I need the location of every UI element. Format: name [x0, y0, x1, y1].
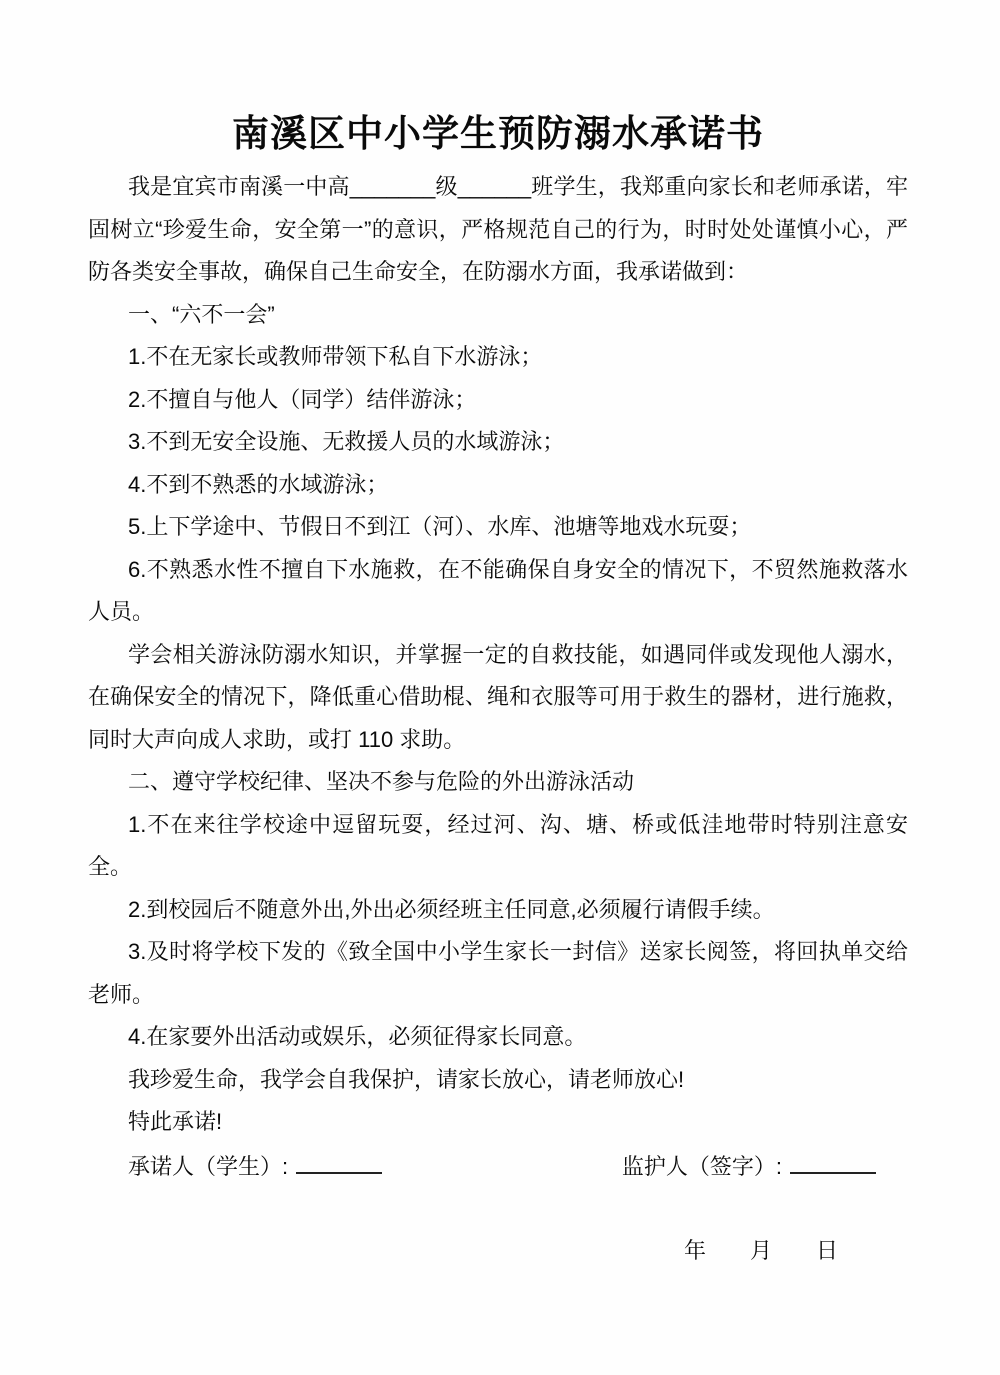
six-nos-item-6: 6.不熟悉水性不擅自下水施救，在不能确保自身安全的情况下，不贸然施救落水人员。	[88, 549, 908, 634]
discipline-item-4: 4.在家要外出活动或娱乐，必须征得家长同意。	[88, 1016, 908, 1059]
six-nos-item-3: 3.不到无安全设施、无救援人员的水域游泳；	[88, 421, 908, 464]
date-line: 年 月 日	[88, 1230, 908, 1273]
pledge-paragraph: 我珍爱生命，我学会自我保护，请家长放心，请老师放心!	[88, 1059, 908, 1102]
section-two-heading: 二、遵守学校纪律、坚决不参与危险的外出游泳活动	[88, 761, 908, 804]
discipline-item-3: 3.及时将学校下发的《致全国中小学生家长一封信》送家长阅签，将回执单交给老师。	[88, 931, 908, 1016]
document-title: 南溪区中小学生预防溺水承诺书	[88, 104, 908, 164]
guardian-signature-label: 监护人（签字）:	[622, 1154, 782, 1179]
student-signature-group: 承诺人（学生）:	[128, 1146, 382, 1189]
guardian-signature-blank	[790, 1148, 876, 1173]
signature-row: 承诺人（学生）: 监护人（签字）:	[88, 1146, 908, 1189]
document-page: 南溪区中小学生预防溺水承诺书 我是宜宾市南溪一中高_______级______班…	[0, 0, 1000, 1375]
six-nos-item-1: 1.不在无家长或教师带领下私自下水游泳；	[88, 336, 908, 379]
discipline-item-2: 2.到校园后不随意外出,外出必须经班主任同意,必须履行请假手续。	[88, 889, 908, 932]
document-content-area: 南溪区中小学生预防溺水承诺书 我是宜宾市南溪一中高_______级______班…	[0, 0, 1000, 1273]
guardian-signature-group: 监护人（签字）:	[622, 1146, 876, 1189]
section-one-heading: 一、“六不一会”	[88, 294, 908, 337]
student-signature-blank	[296, 1148, 382, 1173]
closing-paragraph: 特此承诺!	[88, 1101, 908, 1144]
self-rescue-paragraph: 学会相关游泳防溺水知识，并掌握一定的自救技能，如遇同伴或发现他人溺水，在确保安全…	[88, 634, 908, 762]
discipline-item-1: 1.不在来往学校途中逗留玩耍，经过河、沟、塘、桥或低洼地带时特别注意安全。	[88, 804, 908, 889]
six-nos-item-5: 5.上下学途中、节假日不到江（河）、水库、池塘等地戏水玩耍；	[88, 506, 908, 549]
six-nos-item-2: 2.不擅自与他人（同学）结伴游泳；	[88, 379, 908, 422]
six-nos-item-4: 4.不到不熟悉的水域游泳；	[88, 464, 908, 507]
intro-paragraph: 我是宜宾市南溪一中高_______级______班学生，我郑重向家长和老师承诺，…	[88, 166, 908, 294]
document-body: 我是宜宾市南溪一中高_______级______班学生，我郑重向家长和老师承诺，…	[88, 166, 908, 1273]
student-signature-label: 承诺人（学生）:	[128, 1154, 288, 1179]
